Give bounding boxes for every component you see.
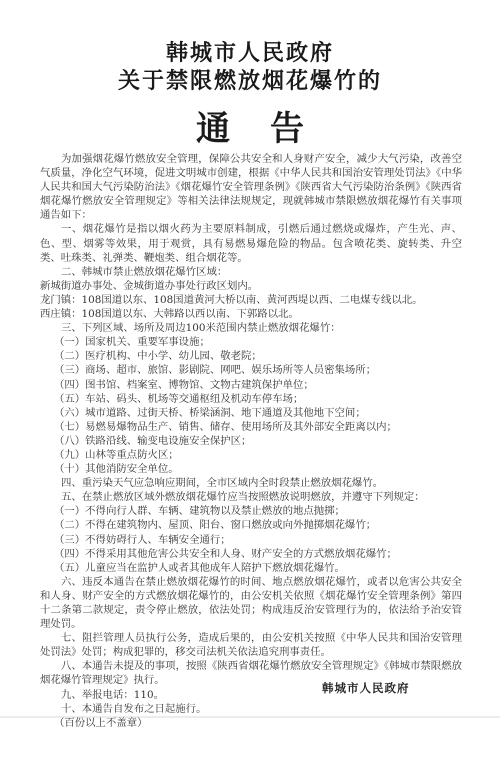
section-3-item: （十）其他消防安全单位。 — [40, 462, 462, 476]
notice-page: 韩城市人民政府 关于禁限燃放烟花爆竹的 通告 为加强烟花爆竹燃放安全管理，保障公… — [0, 0, 500, 718]
section-7: 七、阻拦管理人员执行公务，造成后果的，由公安机关按照《中华人民共和国治安管理处罚… — [40, 631, 462, 659]
section-5-item: （三）不得妨碍行人、车辆安全通行； — [40, 533, 462, 547]
title-subject: 关于禁限燃放烟花爆竹的 — [0, 68, 500, 96]
section-5-item: （五）儿童应当在监护人或者其他成年人陪护下燃放烟花爆竹。 — [40, 561, 462, 575]
section-2-area: 龙门镇：108国道以东、108国道黄河大桥以南、黄河西堤以西、二电煤专线以北。 — [40, 293, 462, 307]
section-5-item: （一）不得向行人群、车辆、建筑物以及禁止燃放的地点抛掷； — [40, 504, 462, 518]
section-5-heading: 五、在禁止燃放区域外燃放烟花爆竹应当按照燃放说明燃放，并遵守下列规定： — [40, 490, 462, 504]
section-2-heading: 二、韩城市禁止燃放烟花爆竹区域： — [40, 265, 462, 279]
section-1: 一、烟花爆竹是指以烟火药为主要原料制成，引燃后通过燃烧或爆炸，产生光、声、色、型… — [40, 222, 462, 264]
section-3-item: （六）城市道路、过街天桥、桥梁涵洞、地下通道及其他地下空间； — [40, 406, 462, 420]
section-3-heading: 三、下列区域、场所及周边100米范围内禁止燃放烟花爆竹： — [40, 321, 462, 335]
section-4: 四、重污染天气应急响应期间，全市区域内全时段禁止燃放烟花爆竹。 — [40, 476, 462, 490]
section-3-item: （四）图书馆、档案室、博物馆、文物古建筑保护单位； — [40, 378, 462, 392]
title-main: 通告 — [0, 110, 500, 148]
notice-body: 为加强烟花爆竹燃放安全管理，保障公共安全和人身财产安全，减少大气污染，改善空气质… — [40, 152, 462, 730]
section-3-item: （二）医疗机构、中小学、幼儿园、敬老院； — [40, 349, 462, 363]
section-3-item: （九）山林等重点防火区； — [40, 448, 462, 462]
section-2-area: 新城街道办事处、金城街道办事处行政区划内。 — [40, 279, 462, 293]
section-3-item: （八）铁路沿线、输变电设施安全保护区； — [40, 434, 462, 448]
section-10: 十、本通告自发布之日起施行。 — [40, 702, 462, 716]
section-3-item: （三）商场、超市、旅馆、影剧院、网吧、娱乐场所等人员密集场所； — [40, 363, 462, 377]
section-3-item: （五）车站、码头、机场等交通枢纽及机动车停车场； — [40, 392, 462, 406]
section-3-item: （一）国家机关、重要军事设施； — [40, 335, 462, 349]
title-issuer: 韩城市人民政府 — [0, 40, 500, 68]
stamp-note: （百份以上不盖章） — [40, 716, 462, 730]
section-2-area: 西庄镇：108国道以东、大韩路以西以南、下郭路以北。 — [40, 307, 462, 321]
section-5-item: （四）不得采用其他危害公共安全和人身、财产安全的方式燃放烟花爆竹； — [40, 547, 462, 561]
section-6: 六、违反本通告在禁止燃放烟花爆竹的时间、地点燃放烟花爆竹，或者以危害公共安全和人… — [40, 575, 462, 631]
section-3-item: （七）易燃易爆物品生产、销售、储存、使用场所及其外部安全距离以内； — [40, 420, 462, 434]
intro-paragraph: 为加强烟花爆竹燃放安全管理，保障公共安全和人身财产安全，减少大气污染，改善空气质… — [40, 152, 462, 222]
section-5-item: （二）不得在建筑物内、屋顶、阳台、窗口燃放或向外抛掷烟花爆竹； — [40, 518, 462, 532]
notice-title: 韩城市人民政府 关于禁限燃放烟花爆竹的 通告 — [0, 40, 500, 148]
issuer-signature: 韩城市人民政府 — [322, 680, 410, 696]
